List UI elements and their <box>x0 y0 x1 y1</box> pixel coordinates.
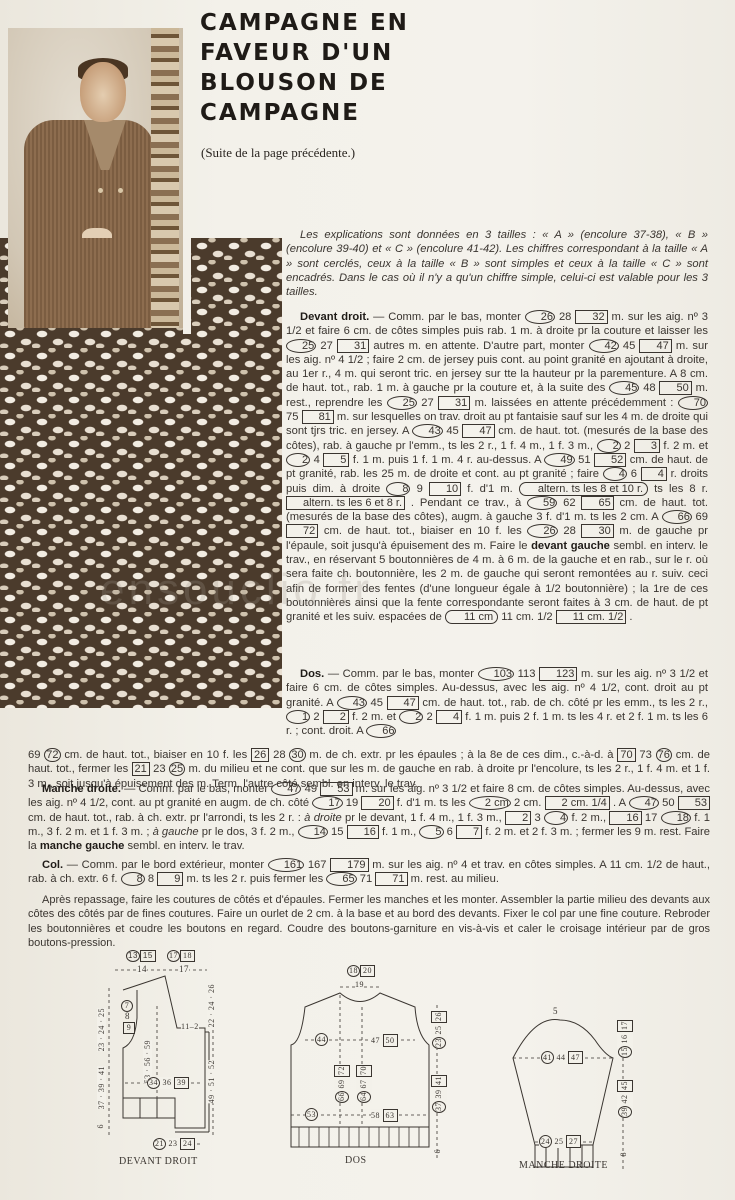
size-a-value: 103 <box>478 667 514 681</box>
text: 51 <box>575 454 594 466</box>
size-a-value: 17 <box>167 950 180 962</box>
size-c-value: 3 <box>634 439 660 453</box>
size-b-value: 24 <box>97 1025 106 1034</box>
dim-top: 5 <box>553 1006 558 1016</box>
text: — Comm. par le bord extérieur, monter <box>63 859 268 871</box>
size-a-value: 37 <box>97 1100 106 1109</box>
text: 71 <box>357 873 376 885</box>
size-a-value: 37 <box>432 1101 446 1113</box>
size-a-value: 5 <box>419 825 443 839</box>
text: cm. de haut. tot., biaiser en 10 f. les <box>318 525 527 537</box>
text: f. d'1 m. ts les <box>394 797 469 809</box>
dim-chest: 44 <box>315 1033 328 1046</box>
section-dos: Dos. — Comm. par le bas, monter 103 113 … <box>286 667 708 738</box>
size-c-value: 10 <box>429 482 461 496</box>
text: cm. de haut. tot., biaiser en 10 f. les <box>61 749 252 761</box>
dim-armhole: 23 · 24 · 25 <box>97 1008 106 1051</box>
size-c-value: 53 <box>678 796 710 810</box>
size-c-value: 7 <box>456 825 482 839</box>
dim-neck: 1820 <box>347 965 375 977</box>
size-a-value: 42 <box>589 339 619 353</box>
size-a-value: 161 <box>268 858 304 872</box>
text: 27 <box>417 397 438 409</box>
size-c-value: 26 <box>251 748 269 762</box>
dim-neck-b: 17 <box>179 964 189 974</box>
size-a-value: 41 <box>541 1051 554 1064</box>
size-a-value: 70 <box>678 396 708 410</box>
title-line: CAMPAGNE EN <box>200 8 500 38</box>
size-c-value: 179 <box>330 858 368 872</box>
size-c-value: 9 <box>123 1022 135 1034</box>
size-a-value: 8 <box>121 872 145 886</box>
size-c-value: 47 <box>568 1051 583 1064</box>
size-c-value: 24 <box>180 1138 195 1150</box>
text: 113 <box>514 668 539 680</box>
size-a-value: 1 <box>286 710 310 724</box>
size-a-value: 43 <box>412 424 442 438</box>
dim-neck-depth-c: 9 <box>123 1022 135 1034</box>
size-a-value: 59 <box>527 496 557 510</box>
size-c-value: 30 <box>581 524 613 538</box>
text: — Comm. par le bas, monter <box>324 668 477 680</box>
size-c-value: 39 <box>174 1077 189 1089</box>
text: 2 <box>621 440 634 452</box>
size-a-value: 26 <box>525 310 555 324</box>
size-c-value: 16 <box>609 811 641 825</box>
diagram-caption: MANCHE DROITE <box>519 1160 608 1171</box>
size-c-value: 20 <box>361 796 393 810</box>
rich-text: — Comm. par le bas, monter 26 28 32 m. s… <box>286 311 708 552</box>
size-a-value: 23 <box>97 1042 106 1051</box>
size-a-value: 11 cm <box>445 610 498 624</box>
size-a-value: altern. ts les 8 et 10 r. <box>519 482 648 496</box>
title-line: BLOUSON DE <box>200 68 500 98</box>
size-c-value: 123 <box>539 667 577 681</box>
size-b-value: 69 <box>337 1080 346 1089</box>
text: 28 <box>558 525 582 537</box>
size-a-value: 39 <box>618 1106 632 1118</box>
text: 6 <box>444 826 456 838</box>
sizes-intro: Les explications sont données en 3 taill… <box>286 228 708 299</box>
size-c-value: 27 <box>566 1135 581 1148</box>
text: 45 <box>619 340 640 352</box>
dim-front-edge: 49 · 51 · 52 <box>207 1060 216 1103</box>
text: m. rest. au milieu. <box>408 873 499 885</box>
size-a-value: 25 <box>387 396 417 410</box>
size-c-value: 47 <box>639 339 671 353</box>
size-a-value: 66 <box>366 724 396 738</box>
size-a-value: 4 <box>544 811 568 825</box>
size-c-value: 26 <box>207 984 216 993</box>
text: 49 <box>301 783 320 795</box>
dim-chest-bc: 47 50 <box>371 1034 398 1047</box>
text: 9 <box>410 483 428 495</box>
size-a-value: 24 <box>539 1135 552 1148</box>
size-a-value: 26 <box>527 524 557 538</box>
dim-width: 41 44 47 <box>541 1051 583 1064</box>
text: pr le dos, 3 f. 2 m., <box>199 826 298 838</box>
size-a-value: 2 <box>286 453 310 467</box>
section-text: sembl. en interv. le trav. <box>124 840 244 852</box>
diagram-caption: DEVANT DROIT <box>119 1156 198 1167</box>
text: 6 <box>627 468 641 480</box>
text: f. 1 m., <box>379 826 420 838</box>
size-a-value: 21 <box>153 1138 166 1150</box>
size-b-value: 25 <box>434 1026 443 1035</box>
size-a-value: 72 <box>44 748 60 762</box>
size-c-value: 81 <box>302 410 334 424</box>
dim-rib: 8 <box>619 1152 628 1157</box>
size-c-value: 32 <box>575 310 607 324</box>
dim-width-bc: 58 63 <box>371 1109 398 1122</box>
dim-rib: 6 <box>433 1149 442 1154</box>
text: 2 <box>423 711 436 723</box>
text: 69 <box>692 511 708 523</box>
size-c-value: 72 <box>334 1065 350 1077</box>
size-a-value: 47 <box>271 782 301 796</box>
text: 28 <box>555 311 575 323</box>
text: 75 <box>286 411 302 423</box>
rich-text: — Comm. par le bas, monter 103 113 123 m… <box>286 668 708 737</box>
size-c-value: 17 <box>617 1020 633 1032</box>
text: f. 2 m., <box>568 812 609 824</box>
magazine-page: CAMPAGNE EN FAVEUR D'UN BLOUSON DE CAMPA… <box>0 0 735 1200</box>
size-c-value: 47 <box>387 696 419 710</box>
section-text: . <box>626 611 632 623</box>
size-a-value: 25 <box>286 339 316 353</box>
devant-gauche-label: devant gauche <box>531 540 610 552</box>
size-b-value: 25 <box>555 1137 564 1146</box>
text: 45 <box>367 697 387 709</box>
dim-height-center: 64 67 70 <box>356 1065 372 1103</box>
size-c-value: 63 <box>383 1109 398 1122</box>
text: pr le devant, 1 f. 4 m., 1 f. 3 m., <box>342 812 505 824</box>
diagram-dos: 1820 19 44 47 50 66 69 72 64 67 70 23 25… <box>285 965 445 1175</box>
diagram-manche-droite: 5 41 44 47 15 16 17 39 42 45 8 24 25 27 … <box>505 1000 645 1180</box>
size-b-value: 44 <box>557 1053 566 1062</box>
dim-cap: 15 16 17 <box>617 1020 633 1058</box>
dim-length: 39 42 45 <box>617 1080 633 1118</box>
size-c-value: 70 <box>356 1065 372 1077</box>
size-a-value: 44 <box>315 1033 328 1046</box>
size-c-value: 4 <box>641 467 667 481</box>
size-b-value: 39 <box>434 1090 443 1099</box>
section-finition: Après repassage, faire les coutures de c… <box>28 893 710 950</box>
dim-height-side: 66 69 72 <box>334 1065 350 1103</box>
dim-neck: 1718 <box>167 950 195 962</box>
dim-width-a: 53 <box>305 1108 318 1121</box>
text: 3 <box>531 812 544 824</box>
text: 73 <box>636 749 656 761</box>
rich-text: — Comm. par le bord extérieur, monter 16… <box>28 859 710 885</box>
text: autres m. en attente. D'autre part, mont… <box>369 340 588 352</box>
size-c-value: 72 <box>286 524 318 538</box>
size-c-value: 25 <box>97 1008 106 1017</box>
size-c-value: 26 <box>431 1011 447 1023</box>
text: 167 <box>304 859 330 871</box>
title-line: CAMPAGNE <box>200 98 500 128</box>
size-c-value: 15 <box>140 950 156 962</box>
text: m. de ch. extr. pr les épaules ; à la 8e… <box>306 749 618 761</box>
text: 48 <box>639 382 659 394</box>
text: cm. de haut. tot., rab. de ch. côté pr l… <box>419 697 708 709</box>
size-a-value: 43 <box>337 696 367 710</box>
text: 23 <box>150 763 169 775</box>
text: 69 <box>28 749 44 761</box>
size-b-value: 23 <box>169 1139 178 1148</box>
size-c-value: 2 <box>323 710 349 724</box>
size-a-value: 8 <box>386 482 410 496</box>
size-c-value: 20 <box>360 965 375 977</box>
size-c-value: 4 <box>436 710 462 724</box>
size-b-value: 51 <box>207 1077 216 1086</box>
size-b-value: 16 <box>620 1035 629 1044</box>
size-a-value: 18 <box>661 811 691 825</box>
size-c-value: 50 <box>383 1034 398 1047</box>
size-c-value: 18 <box>180 950 195 962</box>
size-b-value: 56 <box>143 1057 152 1066</box>
size-c-value: 50 <box>659 381 691 395</box>
size-c-value: 41 <box>97 1066 106 1075</box>
text: 62 <box>557 497 581 509</box>
size-a-value: 14 <box>298 825 328 839</box>
size-c-value: 53 <box>320 782 352 796</box>
size-c-value: 52 <box>594 453 626 467</box>
size-c-value: 2 cm. 1/4 <box>545 796 610 810</box>
section-devant-droit: Devant droit. — Comm. par le bas, monter… <box>286 310 708 625</box>
size-a-value: 2 <box>597 439 621 453</box>
dim-side-height: 37 · 39 · 41 <box>97 1066 106 1109</box>
text: 28 <box>269 749 289 761</box>
text: 45 <box>443 425 463 437</box>
dim-shoulder: 1315 <box>126 950 156 962</box>
size-c-value: 41 <box>431 1075 447 1087</box>
size-c-value: 2 <box>505 811 531 825</box>
dim-cuff: 24 25 27 <box>539 1135 581 1148</box>
article-title: CAMPAGNE EN FAVEUR D'UN BLOUSON DE CAMPA… <box>200 8 500 128</box>
text: — Comm. par le bas, monter <box>121 783 271 795</box>
dim-width: 34 36 39 <box>147 1077 189 1089</box>
size-c-value: 59 <box>143 1040 152 1049</box>
text: cm. de haut. tot., rab. à ch. extr. pr l… <box>28 812 304 824</box>
size-a-value: 34 <box>147 1077 160 1089</box>
section-heading: Dos. <box>300 668 324 680</box>
size-b-value: 11 cm. 1/2 <box>498 611 556 623</box>
text: 15 <box>328 826 347 838</box>
size-a-value: 49 <box>207 1094 216 1103</box>
size-c-value: 70 <box>617 748 635 762</box>
size-b-value: 24 <box>207 1001 216 1010</box>
text: f. 2 m. et <box>660 440 708 452</box>
dim-neck-depth-b: 8 <box>125 1011 130 1021</box>
dim-armhole: 23 25 26 <box>431 1011 447 1049</box>
title-line: FAVEUR D'UN <box>200 38 500 68</box>
size-a-value: 25 <box>169 762 185 776</box>
manche-gauche-label: manche gauche <box>40 840 125 852</box>
text: ts les 8 r. <box>648 483 708 495</box>
dim-hem: 21 23 24 <box>153 1138 195 1150</box>
size-c-value: 65 <box>581 496 613 510</box>
diagram-devant-droit: 1315 14 1718 17 7 8 9 23 · 24 · 25 37 · … <box>95 948 230 1173</box>
size-a-value: 22 <box>207 1018 216 1027</box>
dim-neck-b: 19 <box>355 980 364 989</box>
dim-shoulder-b: 14 <box>137 964 147 974</box>
facing-b-value: 2 <box>194 1022 199 1031</box>
text: f. 1 m. puis 1 f. 1 m. 4 r. au-dessus. A <box>349 454 544 466</box>
size-a-value: 66 <box>335 1091 349 1103</box>
size-a-value: 49 <box>544 453 574 467</box>
size-c-value: 16 <box>347 825 379 839</box>
size-b-value: 67 <box>359 1080 368 1089</box>
text: 50 <box>659 797 678 809</box>
text: — Comm. par le bas, monter <box>369 311 525 323</box>
size-c-value: 21 <box>132 762 150 776</box>
text: 2 <box>310 711 323 723</box>
dim-armhole-right: 22 · 24 · 26 <box>207 984 216 1027</box>
dim-facing: 11–2 <box>181 1022 199 1031</box>
size-a-value: 17 <box>312 796 342 810</box>
size-c-value: 31 <box>438 396 470 410</box>
section-heading: Manche droite. <box>42 783 121 795</box>
size-c-value: altern. ts les 6 et 8 r. <box>286 496 405 510</box>
emphasis: à droite <box>304 812 342 824</box>
text: f. d'1 m. <box>461 483 519 495</box>
size-b-value: 58 <box>371 1111 380 1120</box>
size-c-value: 31 <box>337 339 369 353</box>
section-heading: Col. <box>42 859 63 871</box>
text: . Pendant ce trav., à <box>405 497 527 509</box>
size-a-value: 15 <box>618 1046 632 1058</box>
size-b-value: 47 <box>371 1036 380 1045</box>
section-heading: Devant droit. <box>300 311 369 323</box>
text: 8 <box>145 873 157 885</box>
size-a-value: 2 cm <box>469 796 511 810</box>
text: 17 <box>642 812 661 824</box>
size-c-value: 9 <box>157 872 183 886</box>
size-a-value: 64 <box>357 1091 371 1103</box>
model-photo-lower <box>8 238 183 328</box>
size-c-value: 71 <box>375 872 407 886</box>
size-c-value: 5 <box>323 453 349 467</box>
size-c-value: 45 <box>617 1080 633 1092</box>
text: 27 <box>316 340 337 352</box>
dim-rib: 6 <box>96 1124 105 1129</box>
size-c-value: 11 cm. 1/2 <box>556 610 627 624</box>
text: . A <box>610 797 629 809</box>
size-a-value: 65 <box>326 872 356 886</box>
text: m. laissées en attente précédemment : <box>470 397 677 409</box>
size-b-value: 39 <box>97 1083 106 1092</box>
size-a-value: 2 <box>399 710 423 724</box>
text: m. ts les 2 r. puis fermer les <box>183 873 326 885</box>
size-a-value: 45 <box>609 381 639 395</box>
size-b-value: 36 <box>163 1078 172 1087</box>
text: 19 <box>343 797 362 809</box>
size-a-value: 4 <box>603 467 627 481</box>
emphasis: à gauche <box>153 826 199 838</box>
size-a-value: 53 <box>305 1108 318 1121</box>
size-a-value: 30 <box>289 748 305 762</box>
text: 2 cm. <box>511 797 545 809</box>
size-a-value: 66 <box>662 510 692 524</box>
text: f. 2 m. et <box>349 711 399 723</box>
size-b-value: 42 <box>620 1095 629 1104</box>
section-col: Col. — Comm. par le bord extérieur, mont… <box>28 858 710 887</box>
size-a-value: 18 <box>347 965 360 977</box>
size-c-value: 47 <box>462 424 494 438</box>
size-a-value: 13 <box>126 950 140 962</box>
dim-side: 37 39 41 <box>431 1075 447 1113</box>
size-a-value: 76 <box>656 748 672 762</box>
size-c-value: 52 <box>207 1060 216 1069</box>
section-text: sembl. en interv. le trav., en réservant… <box>286 540 708 623</box>
section-manche-droite: Manche droite. — Comm. par le bas, monte… <box>28 782 710 853</box>
size-a-value: 23 <box>432 1037 446 1049</box>
size-a-value: 47 <box>629 796 659 810</box>
article-subtitle: (Suite de la page précédente.) <box>201 145 355 161</box>
diagram-caption: DOS <box>345 1155 367 1166</box>
text: 4 <box>310 454 323 466</box>
facing-value: 11 <box>181 1022 190 1031</box>
